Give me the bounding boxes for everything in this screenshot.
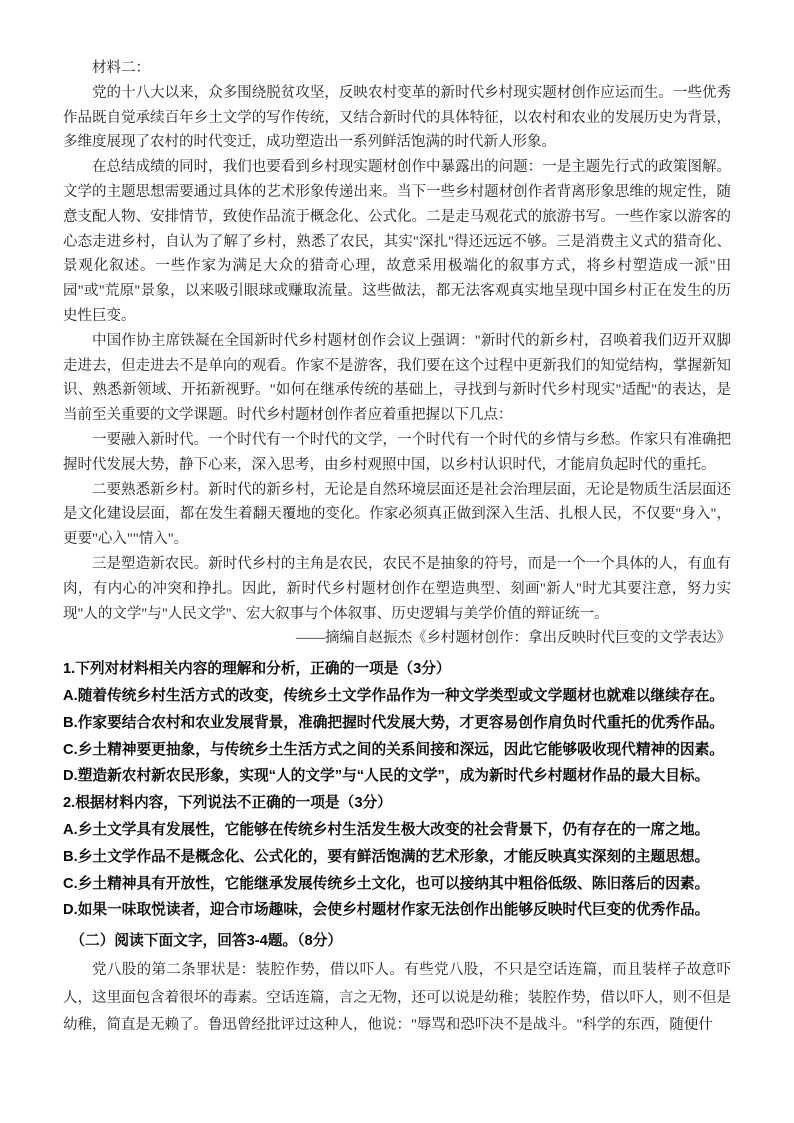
material-paragraph: 二要熟悉新乡村。新时代的新乡村，无论是自然环境层面还是社会治理层面，无论是物质生…	[63, 478, 731, 552]
material-two-section: 材料二： 党的十八大以来，众多围绕脱贫攻坚，反映农村变革的新时代乡村现实题材创作…	[63, 56, 731, 651]
question-2-stem: 2.根据材料内容，下列说法不正确的一项是（3分）	[63, 790, 731, 817]
material-paragraph: 中国作协主席铁凝在全国新时代乡村题材创作会议上强调："新时代的新乡村，召唤着我们…	[63, 329, 731, 428]
question-1-option-d: D.塑造新农村新农民形象，实现“人的文学”与“人民的文学”，成为新时代乡村题材作…	[63, 763, 731, 790]
material-label: 材料二：	[63, 56, 731, 81]
question-2-option-b: B.乡土文学作品不是概念化、公式化的，要有鲜活饱满的艺术形象，才能反映真实深刻的…	[63, 844, 731, 871]
material-paragraph: 在总结成绩的同时，我们也要看到乡村现实题材创作中暴露出的问题：一是主题先行式的政…	[63, 155, 731, 329]
question-1-option-c: C.乡土精神要更抽象，与传统乡土生活方式之间的关系间接和深远，因此它能够吸收现代…	[63, 737, 731, 764]
material-paragraph: 三是塑造新农民。新时代乡村的主角是农民，农民不是抽象的符号，而是一个一个具体的人…	[63, 552, 731, 626]
section-two-passage: 党八股的第二条罪状是：装腔作势，借以吓人。有些党八股，不只是空话连篇，而且装样子…	[63, 957, 731, 1040]
question-1-option-a: A.随着传统乡村生活方式的改变，传统乡土文学作品作为一种文学类型或文学题材也就难…	[63, 683, 731, 710]
exam-page: 材料二： 党的十八大以来，众多围绕脱贫攻坚，反映农村变革的新时代乡村现实题材创作…	[0, 0, 794, 1123]
questions-section: 1.下列对材料相关内容的理解和分析，正确的一项是（3分） A.随着传统乡村生活方…	[63, 656, 731, 924]
material-attribution: ——摘编自赵振杰《乡村题材创作：拿出反映时代巨变的文学表达》	[63, 626, 731, 651]
question-1-stem: 1.下列对材料相关内容的理解和分析，正确的一项是（3分）	[63, 656, 731, 683]
section-two-heading: （二）阅读下面文字，回答3-4题。（8分）	[63, 928, 731, 955]
question-2-option-a: A.乡土文学具有发展性，它能够在传统乡村生活发生极大改变的社会背景下，仍有存在的…	[63, 817, 731, 844]
question-2-option-c: C.乡土精神具有开放性，它能继承发展传统乡土文化，也可以接纳其中粗俗低级、陈旧落…	[63, 871, 731, 898]
material-paragraph: 一要融入新时代。一个时代有一个时代的文学，一个时代有一个时代的乡情与乡愁。作家只…	[63, 428, 731, 478]
material-paragraph: 党的十八大以来，众多围绕脱贫攻坚，反映农村变革的新时代乡村现实题材创作应运而生。…	[63, 81, 731, 155]
question-2-option-d: D.如果一味取悦读者，迎合市场趣味，会使乡村题材作家无法创作出能够反映时代巨变的…	[63, 897, 731, 924]
question-1-option-b: B.作家要结合农村和农业发展背景，准确把握时代发展大势，才更容易创作肩负时代重托…	[63, 710, 731, 737]
